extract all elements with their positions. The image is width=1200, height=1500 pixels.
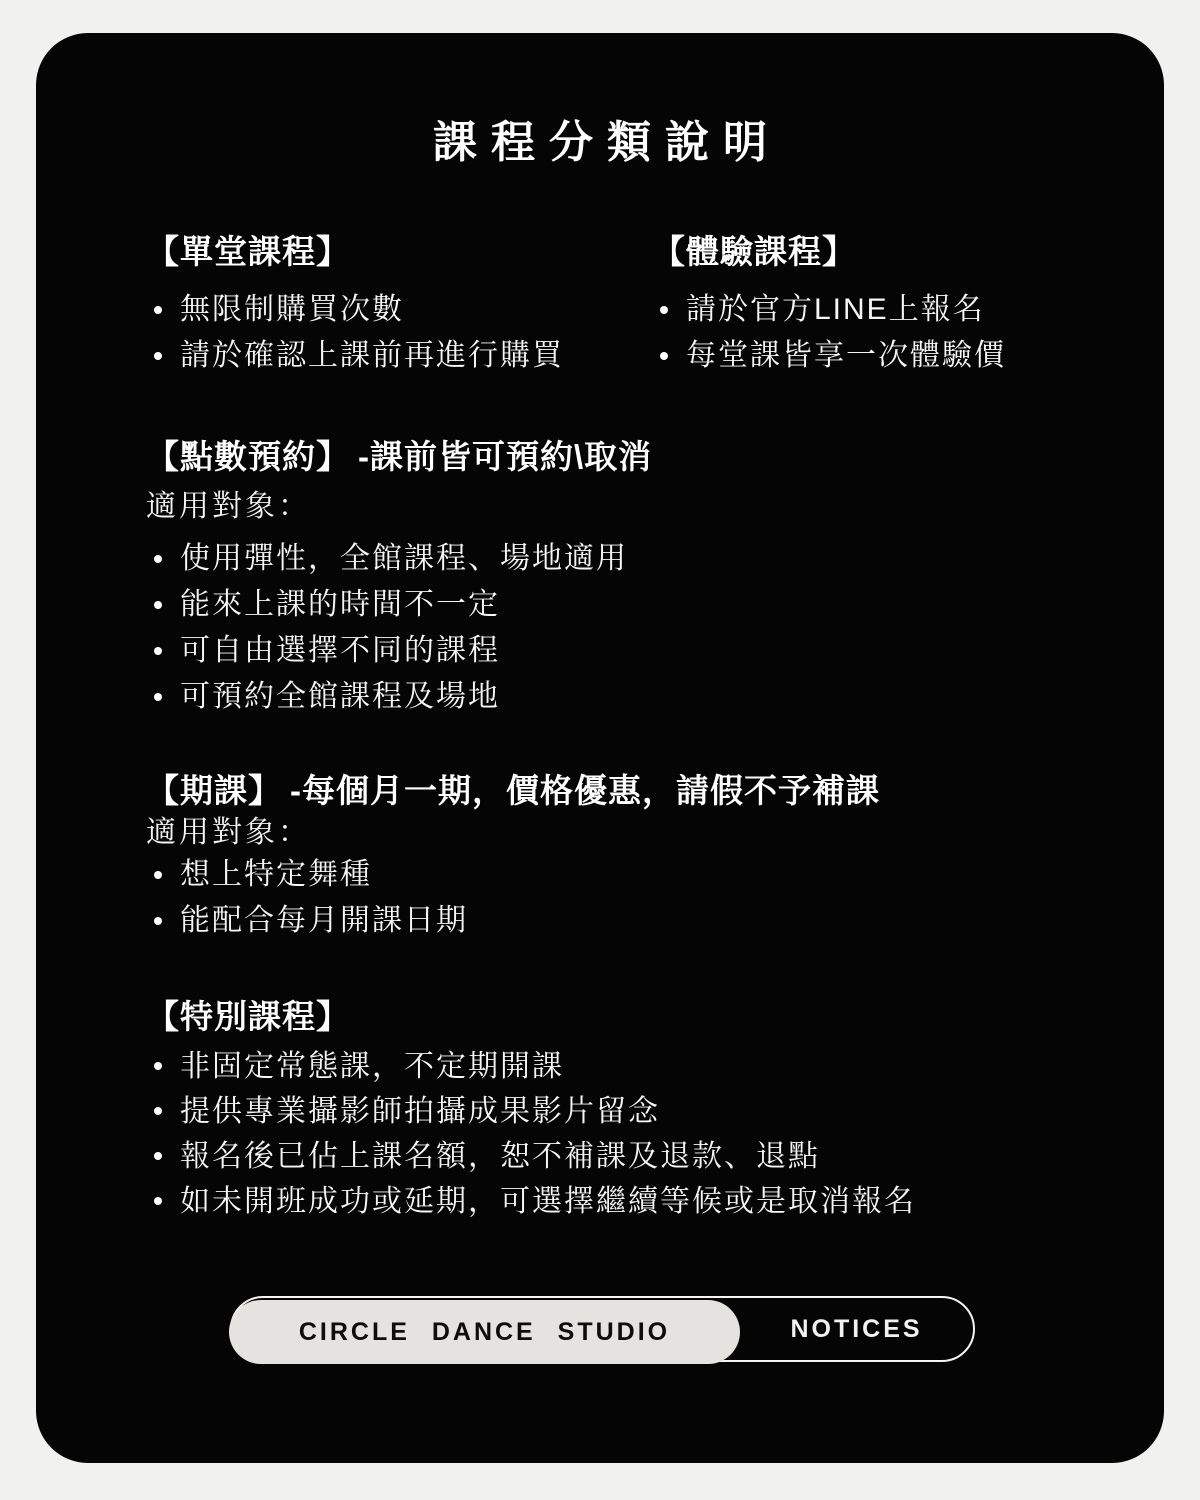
list-item: 可預約全館課程及場地	[146, 674, 652, 720]
bullet-text: 使用彈性，全館課程、場地適用	[180, 542, 628, 575]
bullet-text: 非固定常態課，不定期開課	[180, 1050, 564, 1083]
notices-label: NOTICES	[790, 1315, 922, 1344]
list-item: 每堂課皆享一次體驗價	[652, 333, 1006, 379]
bullet-list: 請於官方LINE上報名 每堂課皆享一次體驗價	[652, 287, 1006, 379]
list-item: 能來上課的時間不一定	[146, 582, 652, 628]
bullet-dot	[154, 1197, 162, 1205]
notices-pill: NOTICES	[740, 1298, 973, 1360]
bullet-list: 無限制購買次數 請於確認上課前再進行購買	[146, 287, 564, 379]
section-points-booking: 【點數預約】-課前皆可預約\取消 適用對象： 使用彈性，全館課程、場地適用 能來…	[146, 438, 652, 720]
section-heading-suffix: -每個月一期，價格優惠，請假不予補課	[290, 772, 880, 809]
bullet-text: 能來上課的時間不一定	[180, 588, 500, 621]
bullet-text: 請於確認上課前再進行購買	[180, 339, 564, 372]
section-term-course: 【期課】-每個月一期，價格優惠，請假不予補課 適用對象： 想上特定舞種 能配合每…	[146, 772, 880, 944]
section-heading-text: 【體驗課程】	[652, 233, 856, 270]
notice-card: 課程分類說明 【單堂課程】 無限制購買次數 請於確認上課前再進行購買 【體驗課程…	[36, 33, 1164, 1463]
list-item: 報名後已佔上課名額，恕不補課及退款、退點	[146, 1134, 916, 1179]
bullet-text: 想上特定舞種	[180, 858, 372, 891]
section-single-class: 【單堂課程】 無限制購買次數 請於確認上課前再進行購買	[146, 233, 564, 379]
bullet-list: 使用彈性，全館課程、場地適用 能來上課的時間不一定 可自由選擇不同的課程 可預約…	[146, 536, 652, 720]
section-heading-suffix: -課前皆可預約\取消	[358, 438, 652, 475]
page-title: 課程分類說明	[36, 113, 1164, 173]
section-heading: 【特別課程】	[146, 998, 916, 1036]
footer-badge: CIRCLE DANCE STUDIO NOTICES	[230, 1296, 975, 1362]
bullet-text: 如未開班成功或延期，可選擇繼續等候或是取消報名	[180, 1185, 916, 1218]
bullet-dot	[154, 1062, 162, 1070]
section-heading-text: 【特別課程】	[146, 998, 350, 1035]
section-heading: 【單堂課程】	[146, 233, 564, 271]
section-subheading: 適用對象：	[146, 488, 652, 526]
bullet-text: 請於官方LINE上報名	[686, 293, 985, 326]
section-heading: 【點數預約】-課前皆可預約\取消	[146, 438, 652, 476]
bullet-text: 能配合每月開課日期	[180, 904, 468, 937]
section-heading-text: 【期課】	[146, 772, 282, 809]
bullet-text: 每堂課皆享一次體驗價	[686, 339, 1006, 372]
list-item: 能配合每月開課日期	[146, 898, 880, 944]
bullet-dot	[154, 601, 162, 609]
section-heading: 【體驗課程】	[652, 233, 1006, 271]
bullet-text: 無限制購買次數	[180, 293, 404, 326]
studio-name-pill: CIRCLE DANCE STUDIO	[229, 1300, 740, 1364]
bullet-dot	[154, 693, 162, 701]
section-special-course: 【特別課程】 非固定常態課，不定期開課 提供專業攝影師拍攝成果影片留念 報名後已…	[146, 998, 916, 1224]
section-trial-class: 【體驗課程】 請於官方LINE上報名 每堂課皆享一次體驗價	[652, 233, 1006, 379]
section-subheading: 適用對象：	[146, 814, 880, 852]
bullet-dot	[154, 1107, 162, 1115]
bullet-text: 可自由選擇不同的課程	[180, 634, 500, 667]
bullet-dot	[154, 306, 162, 314]
bullet-dot	[154, 1152, 162, 1160]
list-item: 如未開班成功或延期，可選擇繼續等候或是取消報名	[146, 1179, 916, 1224]
list-item: 可自由選擇不同的課程	[146, 628, 652, 674]
list-item: 請於官方LINE上報名	[652, 287, 1006, 333]
list-item: 請於確認上課前再進行購買	[146, 333, 564, 379]
bullet-list: 非固定常態課，不定期開課 提供專業攝影師拍攝成果影片留念 報名後已佔上課名額，恕…	[146, 1044, 916, 1224]
bullet-text: 可預約全館課程及場地	[180, 680, 500, 713]
section-heading: 【期課】-每個月一期，價格優惠，請假不予補課	[146, 772, 880, 810]
studio-name-label: CIRCLE DANCE STUDIO	[299, 1318, 670, 1347]
section-heading-text: 【單堂課程】	[146, 233, 350, 270]
bullet-dot	[154, 647, 162, 655]
bullet-text: 提供專業攝影師拍攝成果影片留念	[180, 1095, 660, 1128]
bullet-dot	[154, 871, 162, 879]
bullet-dot	[660, 306, 668, 314]
bullet-dot	[154, 555, 162, 563]
list-item: 無限制購買次數	[146, 287, 564, 333]
list-item: 提供專業攝影師拍攝成果影片留念	[146, 1089, 916, 1134]
list-item: 想上特定舞種	[146, 852, 880, 898]
bullet-dot	[154, 917, 162, 925]
list-item: 使用彈性，全館課程、場地適用	[146, 536, 652, 582]
bullet-dot	[660, 352, 668, 360]
bullet-list: 想上特定舞種 能配合每月開課日期	[146, 852, 880, 944]
list-item: 非固定常態課，不定期開課	[146, 1044, 916, 1089]
section-heading-text: 【點數預約】	[146, 438, 350, 475]
bullet-text: 報名後已佔上課名額，恕不補課及退款、退點	[180, 1140, 820, 1173]
bullet-dot	[154, 352, 162, 360]
